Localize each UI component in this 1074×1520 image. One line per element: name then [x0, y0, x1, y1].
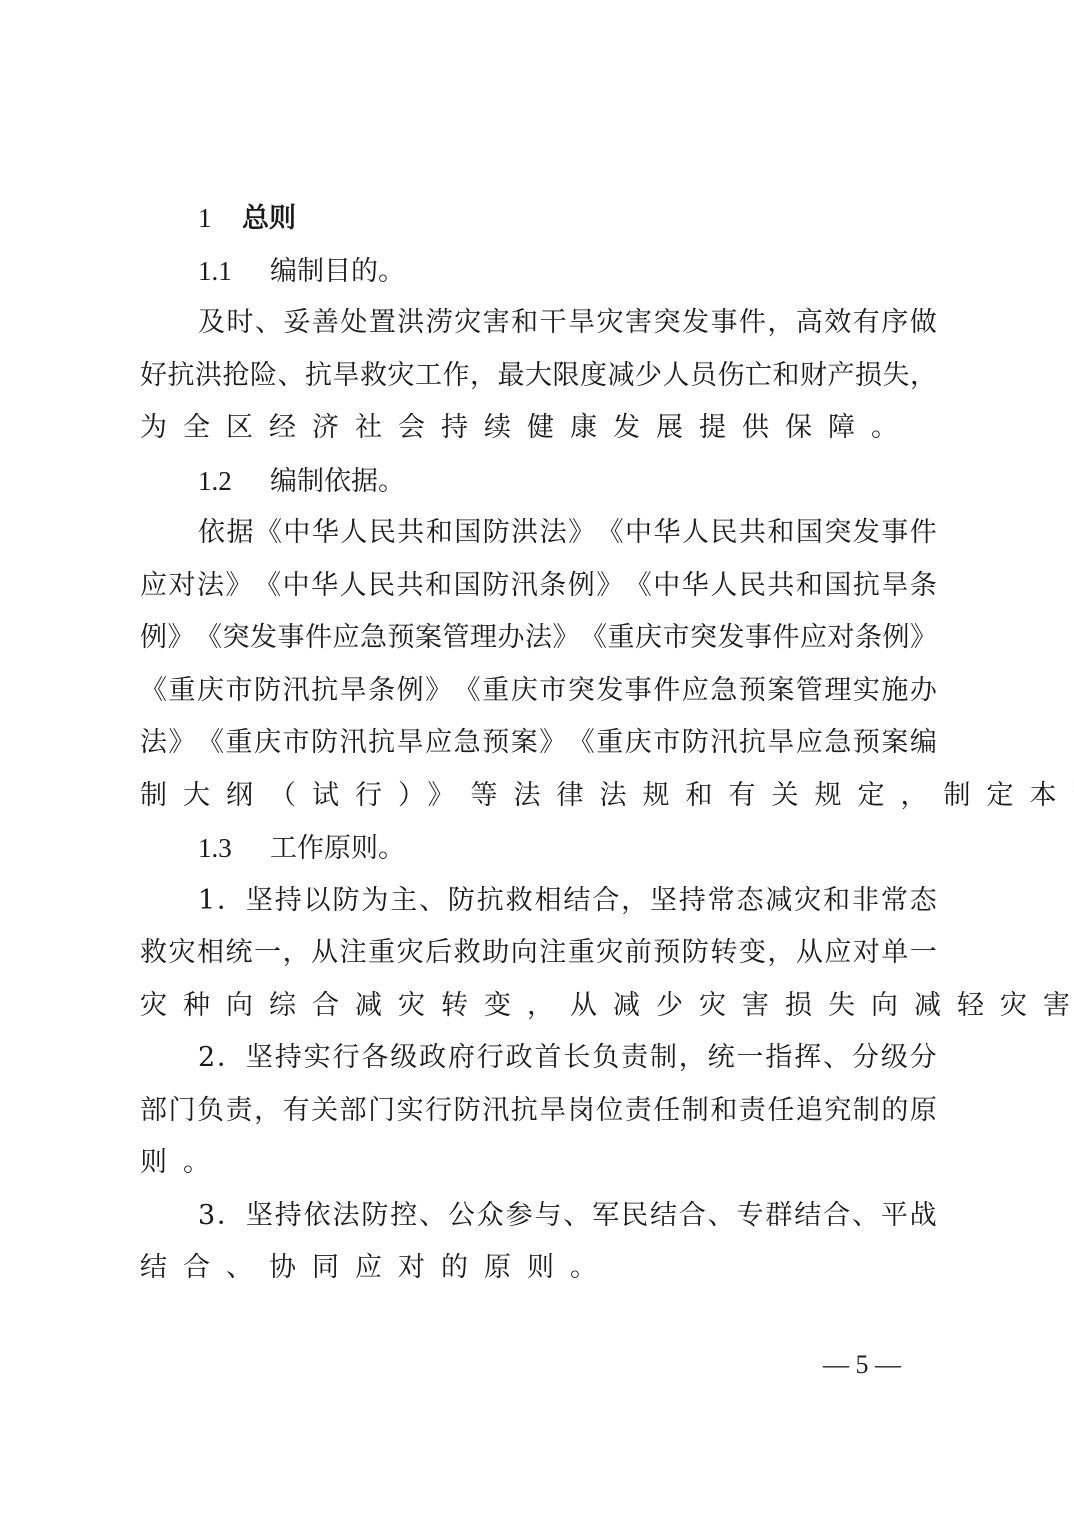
text-line: 灾种向综合减灾转变，从减少灾害损失向减轻灾害风险转变。	[140, 980, 937, 1033]
section-number: 1	[198, 192, 242, 245]
text-line: 法》《重庆市防汛抗旱应急预案》《重庆市防汛抗旱应急预案编	[140, 717, 937, 770]
subsection-heading-1-3: 1.3工作原则。	[140, 822, 937, 875]
text-line: 好抗洪抢险、抗旱救灾工作，最大限度减少人员伤亡和财产损失，	[140, 350, 937, 403]
page-number: — 5 —	[812, 1350, 912, 1380]
principle-2: 2．坚持实行各级政府行政首长负责制，统一指挥、分级分 部门负责，有关部门实行防汛…	[140, 1032, 937, 1190]
text-line: 则。	[140, 1137, 937, 1190]
text-line: 结合、协同应对的原则。	[140, 1242, 937, 1295]
subsection-title: 工作原则。	[270, 833, 405, 864]
subsection-number: 1.3	[198, 822, 270, 875]
text-line: 部门负责，有关部门实行防汛抗旱岗位责任制和责任追究制的原	[140, 1085, 937, 1138]
section-heading: 1总则	[140, 192, 937, 245]
subsection-number: 1.1	[198, 245, 270, 298]
section-title: 总则	[242, 203, 296, 234]
text-line: 《重庆市防汛抗旱条例》《重庆市突发事件应急预案管理实施办	[140, 665, 937, 718]
paragraph-purpose: 及时、妥善处置洪涝灾害和干旱灾害突发事件，高效有序做 好抗洪抢险、抗旱救灾工作，…	[140, 297, 937, 455]
text-line: 及时、妥善处置洪涝灾害和干旱灾害突发事件，高效有序做	[140, 297, 937, 350]
text-line: 制大纲（试行）》等法律法规和有关规定，制定本预案。	[140, 770, 937, 823]
principle-1: 1．坚持以防为主、防抗救相结合，坚持常态减灾和非常态 救灾相统一，从注重灾后救助…	[140, 875, 937, 1033]
text-line: 2．坚持实行各级政府行政首长负责制，统一指挥、分级分	[140, 1032, 937, 1085]
subsection-number: 1.2	[198, 455, 270, 508]
paragraph-basis: 依据《中华人民共和国防洪法》《中华人民共和国突发事件 应对法》《中华人民共和国防…	[140, 507, 937, 822]
text-line: 为全区经济社会持续健康发展提供保障。	[140, 402, 937, 455]
text-line: 1．坚持以防为主、防抗救相结合，坚持常态减灾和非常态	[140, 875, 937, 928]
principle-3: 3．坚持依法防控、公众参与、军民结合、专群结合、平战 结合、协同应对的原则。	[140, 1190, 937, 1295]
subsection-heading-1-2: 1.2编制依据。	[140, 455, 937, 508]
subsection-title: 编制目的。	[270, 256, 405, 287]
text-line: 3．坚持依法防控、公众参与、军民结合、专群结合、平战	[140, 1190, 937, 1243]
subsection-title: 编制依据。	[270, 466, 405, 497]
text-line: 应对法》《中华人民共和国防汛条例》《中华人民共和国抗旱条	[140, 560, 937, 613]
document-page: 1总则 1.1编制目的。 及时、妥善处置洪涝灾害和干旱灾害突发事件，高效有序做 …	[140, 192, 937, 1295]
text-line: 依据《中华人民共和国防洪法》《中华人民共和国突发事件	[140, 507, 937, 560]
text-line: 救灾相统一，从注重灾后救助向注重灾前预防转变，从应对单一	[140, 927, 937, 980]
subsection-heading-1-1: 1.1编制目的。	[140, 245, 937, 298]
text-line: 例》《突发事件应急预案管理办法》《重庆市突发事件应对条例》	[140, 612, 937, 665]
